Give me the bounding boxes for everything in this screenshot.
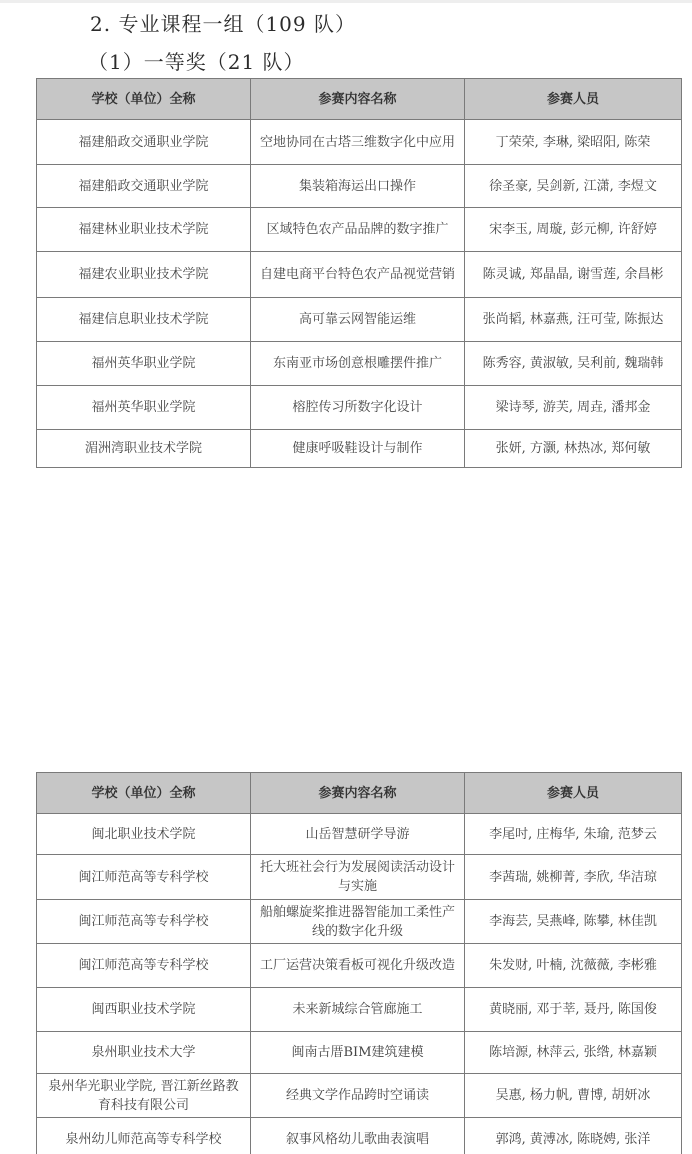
cell-entry: 经典文学作品跨时空诵读 [251, 1074, 465, 1118]
cell-members: 丁荣荣, 李琳, 梁昭阳, 陈荣 [465, 120, 682, 165]
cell-members: 吴惠, 杨力帆, 曹博, 胡妍冰 [465, 1074, 682, 1118]
header-school: 学校（单位）全称 [37, 773, 251, 814]
cell-school: 闽江师范高等专科学校 [37, 944, 251, 988]
cell-entry: 未来新城综合管廊施工 [251, 988, 465, 1032]
header-members: 参赛人员 [465, 79, 682, 120]
cell-entry: 船舶螺旋桨推进器智能加工柔性产线的数字化升级 [251, 900, 465, 944]
cell-school: 福州英华职业学院 [37, 342, 251, 386]
cell-members: 李茜瑞, 姚柳菁, 李欣, 华洁琼 [465, 855, 682, 900]
cell-school: 闽江师范高等专科学校 [37, 900, 251, 944]
table-row: 泉州职业技术大学 闽南古厝BIM建筑建模 陈培源, 林萍云, 张绺, 林嘉颖 [37, 1032, 682, 1074]
cell-members: 陈培源, 林萍云, 张绺, 林嘉颖 [465, 1032, 682, 1074]
table-row: 福建林业职业技术学院 区域特色农产品品牌的数字推广 宋李玉, 周璇, 彭元柳, … [37, 208, 682, 252]
table-row: 福建信息职业技术学院 高可靠云网智能运维 张尚韬, 林嘉燕, 汪可莹, 陈振达 [37, 298, 682, 342]
cell-school: 闽江师范高等专科学校 [37, 855, 251, 900]
cell-school: 福建林业职业技术学院 [37, 208, 251, 252]
cell-entry: 闽南古厝BIM建筑建模 [251, 1032, 465, 1074]
cell-school: 湄洲湾职业技术学院 [37, 430, 251, 468]
cell-members: 朱发财, 叶楠, 沈薇薇, 李彬雅 [465, 944, 682, 988]
cell-school: 福建船政交通职业学院 [37, 120, 251, 165]
cell-school: 泉州幼儿师范高等专科学校 [37, 1118, 251, 1154]
cell-school: 闽西职业技术学院 [37, 988, 251, 1032]
header-members: 参赛人员 [465, 773, 682, 814]
table-row: 闽江师范高等专科学校 工厂运营决策看板可视化升级改造 朱发财, 叶楠, 沈薇薇,… [37, 944, 682, 988]
table-row: 闽江师范高等专科学校 托大班社会行为发展阅读活动设计与实施 李茜瑞, 姚柳菁, … [37, 855, 682, 900]
cell-entry: 健康呼吸鞋设计与制作 [251, 430, 465, 468]
award-table-1: 学校（单位）全称 参赛内容名称 参赛人员 福建船政交通职业学院 空地协同在古塔三… [36, 78, 682, 468]
table-row: 福建农业职业技术学院 自建电商平台特色农产品视觉营销 陈灵诚, 郑晶晶, 谢雪莲… [37, 252, 682, 298]
cell-entry: 榕腔传习所数字化设计 [251, 386, 465, 430]
cell-school: 福建农业职业技术学院 [37, 252, 251, 298]
cell-entry: 工厂运营决策看板可视化升级改造 [251, 944, 465, 988]
table-row: 福州英华职业学院 东南亚市场创意根雕摆件推广 陈秀容, 黄淑敏, 吴利前, 魏瑞… [37, 342, 682, 386]
cell-members: 郭鸿, 黄溥冰, 陈晓娉, 张洋 [465, 1118, 682, 1154]
cell-entry: 叙事风格幼儿歌曲表演唱 [251, 1118, 465, 1154]
cell-members: 黄晓丽, 邓于莘, 聂丹, 陈国俊 [465, 988, 682, 1032]
cell-school: 闽北职业技术学院 [37, 814, 251, 855]
cell-school: 福建船政交通职业学院 [37, 165, 251, 208]
cell-members: 张尚韬, 林嘉燕, 汪可莹, 陈振达 [465, 298, 682, 342]
table-row: 闽江师范高等专科学校 船舶螺旋桨推进器智能加工柔性产线的数字化升级 李海芸, 吴… [37, 900, 682, 944]
cell-entry: 托大班社会行为发展阅读活动设计与实施 [251, 855, 465, 900]
table-row: 福建船政交通职业学院 集装箱海运出口操作 徐圣豪, 吴剑新, 江潇, 李煜文 [37, 165, 682, 208]
cell-members: 李海芸, 吴燕峰, 陈攀, 林佳凯 [465, 900, 682, 944]
cell-members: 陈灵诚, 郑晶晶, 谢雪莲, 余昌彬 [465, 252, 682, 298]
award-table-2: 学校（单位）全称 参赛内容名称 参赛人员 闽北职业技术学院 山岳智慧研学导游 李… [36, 772, 682, 1154]
cell-school: 福建信息职业技术学院 [37, 298, 251, 342]
cell-members: 梁诗琴, 游芙, 周垚, 潘邦金 [465, 386, 682, 430]
cell-members: 李尾吋, 庄梅华, 朱瑜, 范梦云 [465, 814, 682, 855]
cell-members: 陈秀容, 黄淑敏, 吴利前, 魏瑞韩 [465, 342, 682, 386]
table-row: 湄洲湾职业技术学院 健康呼吸鞋设计与制作 张妍, 方灏, 林热冰, 郑何敏 [37, 430, 682, 468]
table-header-row: 学校（单位）全称 参赛内容名称 参赛人员 [37, 79, 682, 120]
cell-entry: 自建电商平台特色农产品视觉营销 [251, 252, 465, 298]
top-divider [0, 0, 692, 3]
cell-entry: 高可靠云网智能运维 [251, 298, 465, 342]
table-row: 闽北职业技术学院 山岳智慧研学导游 李尾吋, 庄梅华, 朱瑜, 范梦云 [37, 814, 682, 855]
table-row: 泉州幼儿师范高等专科学校 叙事风格幼儿歌曲表演唱 郭鸿, 黄溥冰, 陈晓娉, 张… [37, 1118, 682, 1154]
cell-members: 张妍, 方灏, 林热冰, 郑何敏 [465, 430, 682, 468]
table-row: 闽西职业技术学院 未来新城综合管廊施工 黄晓丽, 邓于莘, 聂丹, 陈国俊 [37, 988, 682, 1032]
table-row: 福州英华职业学院 榕腔传习所数字化设计 梁诗琴, 游芙, 周垚, 潘邦金 [37, 386, 682, 430]
cell-members: 徐圣豪, 吴剑新, 江潇, 李煜文 [465, 165, 682, 208]
cell-entry: 集装箱海运出口操作 [251, 165, 465, 208]
cell-entry: 区域特色农产品品牌的数字推广 [251, 208, 465, 252]
cell-entry: 空地协同在古塔三维数字化中应用 [251, 120, 465, 165]
table-header-row: 学校（单位）全称 参赛内容名称 参赛人员 [37, 773, 682, 814]
cell-entry: 东南亚市场创意根雕摆件推广 [251, 342, 465, 386]
header-school: 学校（单位）全称 [37, 79, 251, 120]
section-heading: 2. 专业课程一组（109 队） [90, 8, 356, 37]
table-row: 泉州华光职业学院, 晋江新丝路教育科技有限公司 经典文学作品跨时空诵读 吴惠, … [37, 1074, 682, 1118]
header-entry: 参赛内容名称 [251, 79, 465, 120]
subsection-heading: （1）一等奖（21 队） [88, 46, 305, 75]
cell-school: 泉州华光职业学院, 晋江新丝路教育科技有限公司 [37, 1074, 251, 1118]
table-row: 福建船政交通职业学院 空地协同在古塔三维数字化中应用 丁荣荣, 李琳, 梁昭阳,… [37, 120, 682, 165]
cell-members: 宋李玉, 周璇, 彭元柳, 许舒婷 [465, 208, 682, 252]
cell-entry: 山岳智慧研学导游 [251, 814, 465, 855]
header-entry: 参赛内容名称 [251, 773, 465, 814]
cell-school: 泉州职业技术大学 [37, 1032, 251, 1074]
cell-school: 福州英华职业学院 [37, 386, 251, 430]
